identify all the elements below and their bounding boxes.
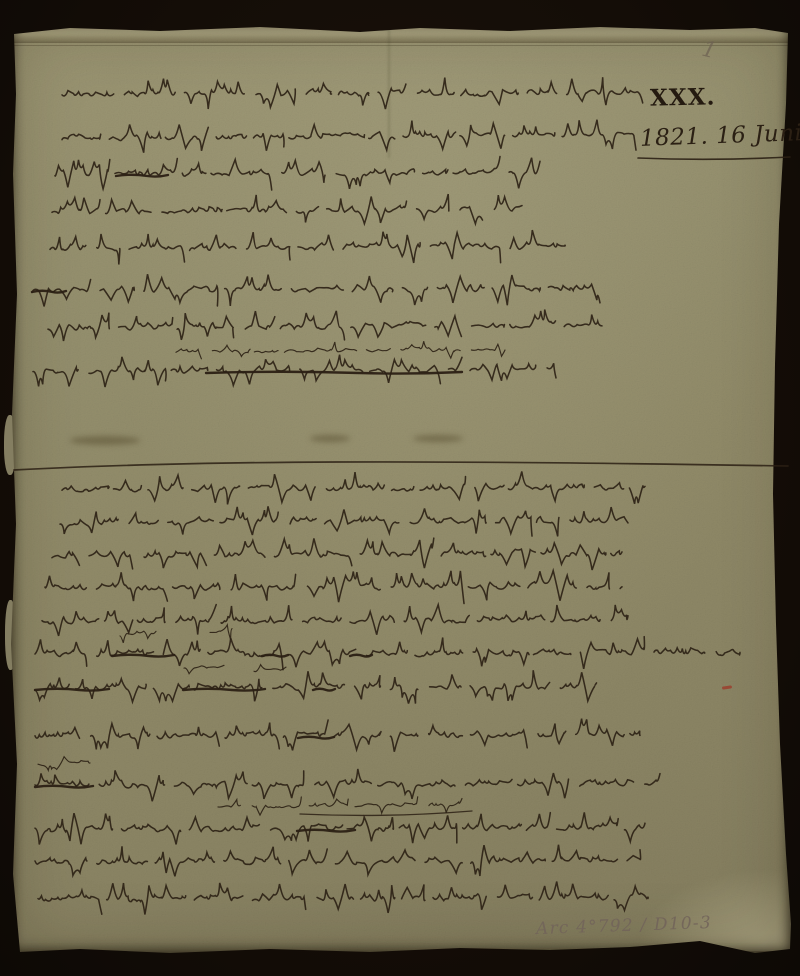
- ink-bleedthrough-stain: [310, 435, 350, 442]
- paper-fold-crease: [388, 26, 390, 158]
- date-annotation: 1821. 16 Juni: [640, 120, 800, 152]
- curled-corner-highlight: [639, 869, 791, 951]
- deckle-top-edge: [10, 24, 792, 43]
- paper-texture: [10, 24, 792, 954]
- manuscript-page: [10, 24, 792, 954]
- ink-bleedthrough-stain: [70, 436, 140, 445]
- chapter-numeral: XXX.: [650, 83, 716, 111]
- photo-background: XXX. 1821. 16 Juni 1 Arc 4°792 / D10-3: [0, 0, 800, 976]
- stacked-page-edge-line: [10, 45, 792, 46]
- ink-bleedthrough-stain: [413, 435, 463, 442]
